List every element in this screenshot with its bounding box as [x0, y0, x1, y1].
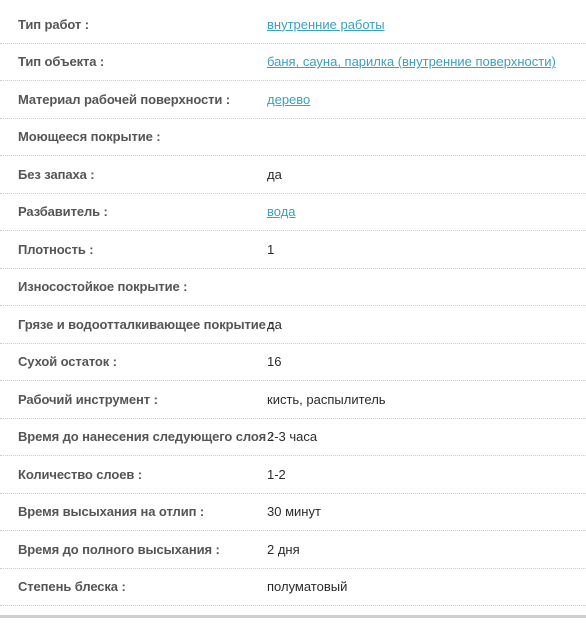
- spec-row-wear-resistant: Износостойкое покрытие :: [0, 269, 586, 307]
- spec-value-link[interactable]: дерево: [267, 92, 310, 107]
- spec-label: Сухой остаток :: [0, 354, 267, 369]
- spec-value: да: [267, 167, 586, 182]
- spec-value: да: [267, 317, 586, 332]
- spec-row-full-dry-time: Время до полного высыхания : 2 дня: [0, 531, 586, 569]
- spec-value-link[interactable]: баня, сауна, парилка (внутренние поверхн…: [267, 54, 556, 69]
- spec-row-dry-residue: Сухой остаток : 16: [0, 344, 586, 382]
- spec-row-odorless: Без запаха : да: [0, 156, 586, 194]
- spec-row-washable: Моющееся покрытие :: [0, 119, 586, 157]
- spec-value: 16: [267, 354, 586, 369]
- spec-row-tool: Рабочий инструмент : кисть, распылитель: [0, 381, 586, 419]
- spec-value: 1: [267, 242, 586, 257]
- spec-row-object-type: Тип объекта : баня, сауна, парилка (внут…: [0, 44, 586, 82]
- spec-value: 1-2: [267, 467, 586, 482]
- spec-label: Тип объекта :: [0, 54, 267, 69]
- spec-value: баня, сауна, парилка (внутренние поверхн…: [267, 54, 586, 69]
- spec-label: Рабочий инструмент :: [0, 392, 267, 407]
- spec-row-gloss: Степень блеска : полуматовый: [0, 569, 586, 607]
- spec-label: Время до нанесения следующего слоя :: [0, 429, 267, 444]
- spec-value-link[interactable]: вода: [267, 204, 296, 219]
- spec-label: Износостойкое покрытие :: [0, 279, 267, 294]
- spec-row-dirt-water-repellent: Грязе и водоотталкивающее покрытие : да: [0, 306, 586, 344]
- spec-row-tack-free-time: Время высыхания на отлип : 30 минут: [0, 494, 586, 532]
- spec-label: Разбавитель :: [0, 204, 267, 219]
- spec-label: Время высыхания на отлип :: [0, 504, 267, 519]
- spec-row-thinner: Разбавитель : вода: [0, 194, 586, 232]
- bottom-divider: [0, 615, 586, 618]
- spec-label: Степень блеска :: [0, 579, 267, 594]
- spec-row-density: Плотность : 1: [0, 231, 586, 269]
- spec-value: кисть, распылитель: [267, 392, 586, 407]
- spec-label: Грязе и водоотталкивающее покрытие :: [0, 317, 267, 332]
- spec-label: Материал рабочей поверхности :: [0, 92, 267, 107]
- spec-label: Время до полного высыхания :: [0, 542, 267, 557]
- spec-label: Без запаха :: [0, 167, 267, 182]
- spec-label: Плотность :: [0, 242, 267, 257]
- spec-value: вода: [267, 204, 586, 219]
- spec-row-work-type: Тип работ : внутренние работы: [0, 6, 586, 44]
- spec-value: 30 минут: [267, 504, 586, 519]
- product-specs-table: Тип работ : внутренние работы Тип объект…: [0, 6, 586, 606]
- spec-value: полуматовый: [267, 579, 586, 594]
- spec-label: Моющееся покрытие :: [0, 129, 267, 144]
- spec-value: 2-3 часа: [267, 429, 586, 444]
- spec-value: дерево: [267, 92, 586, 107]
- spec-value: внутренние работы: [267, 17, 586, 32]
- spec-value: 2 дня: [267, 542, 586, 557]
- spec-row-recoat-time: Время до нанесения следующего слоя : 2-3…: [0, 419, 586, 457]
- spec-row-coats: Количество слоев : 1-2: [0, 456, 586, 494]
- spec-label: Количество слоев :: [0, 467, 267, 482]
- spec-label: Тип работ :: [0, 17, 267, 32]
- spec-row-surface-material: Материал рабочей поверхности : дерево: [0, 81, 586, 119]
- spec-value-link[interactable]: внутренние работы: [267, 17, 385, 32]
